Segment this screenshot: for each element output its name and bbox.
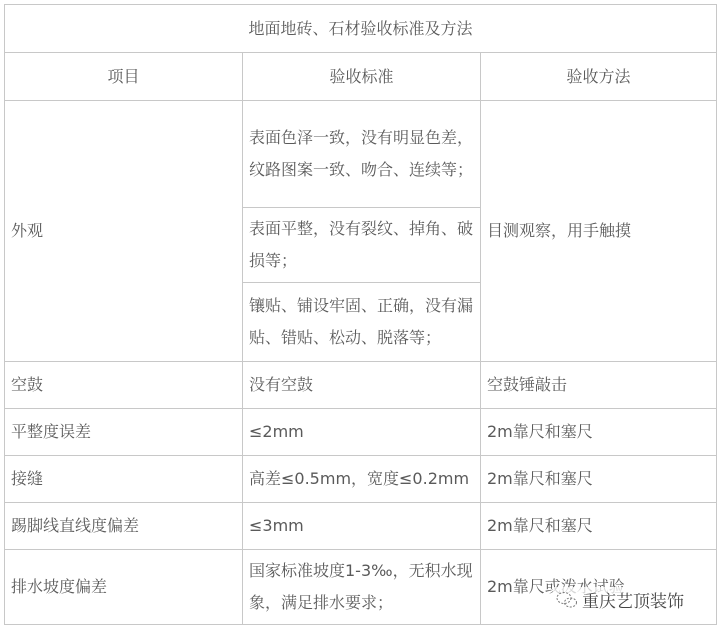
row-method: 2m靠尺和塞尺 — [481, 503, 717, 550]
table-row: 接缝 高差≤0.5mm，宽度≤0.2mm 2m靠尺和塞尺 — [5, 456, 717, 503]
header-method: 验收方法 — [481, 53, 717, 101]
acceptance-standards-table: 地面地砖、石材验收标准及方法 项目 验收标准 验收方法 外观 表面色泽一致，没有… — [4, 4, 717, 625]
row-method: 2m靠尺和塞尺 — [481, 409, 717, 456]
watermark-text: 重庆艺顶装饰 — [582, 587, 684, 612]
wechat-icon — [556, 591, 578, 609]
table-title: 地面地砖、石材验收标准及方法 — [5, 5, 717, 53]
watermark: 重庆艺顶装饰 — [553, 587, 687, 612]
row-standard: 没有空鼓 — [243, 362, 481, 409]
row-standard: ≤3mm — [243, 503, 481, 550]
header-standard: 验收标准 — [243, 53, 481, 101]
table-row: 平整度误差 ≤2mm 2m靠尺和塞尺 — [5, 409, 717, 456]
table-row: 踢脚线直线度偏差 ≤3mm 2m靠尺和塞尺 — [5, 503, 717, 550]
header-item: 项目 — [5, 53, 243, 101]
appearance-method: 目测观察，用手触摸 — [481, 101, 717, 362]
row-standard: 国家标准坡度1-3‰，无积水现象，满足排水要求； — [243, 550, 481, 625]
row-item: 排水坡度偏差 — [5, 550, 243, 625]
row-item: 接缝 — [5, 456, 243, 503]
row-item: 空鼓 — [5, 362, 243, 409]
table-row: 空鼓 没有空鼓 空鼓锤敲击 — [5, 362, 717, 409]
row-standard: ≤2mm — [243, 409, 481, 456]
row-method: 2m靠尺和塞尺 — [481, 456, 717, 503]
appearance-standard-2: 表面平整，没有裂纹、掉角、破损等； — [243, 208, 481, 283]
row-item: 踢脚线直线度偏差 — [5, 503, 243, 550]
row-item: 平整度误差 — [5, 409, 243, 456]
row-method: 空鼓锤敲击 — [481, 362, 717, 409]
item-appearance: 外观 — [5, 101, 243, 362]
appearance-standard-3: 镶贴、铺设牢固、正确，没有漏贴、错贴、松动、脱落等； — [243, 283, 481, 362]
appearance-standard-1: 表面色泽一致，没有明显色差，纹路图案一致、吻合、连续等； — [243, 101, 481, 208]
row-standard: 高差≤0.5mm，宽度≤0.2mm — [243, 456, 481, 503]
